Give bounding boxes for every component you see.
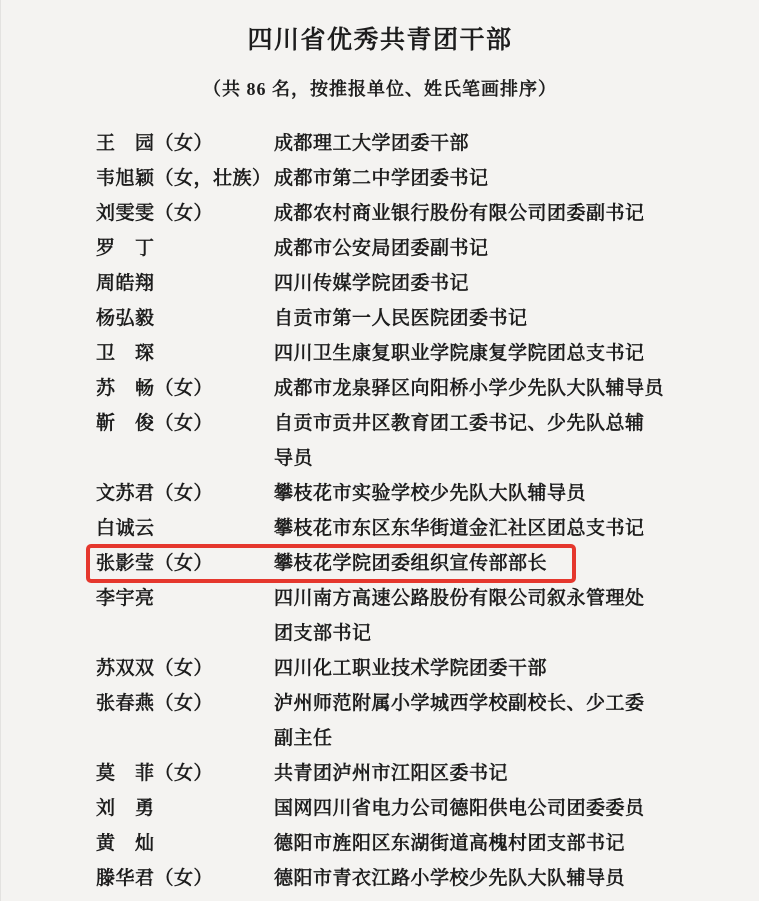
list-entry: 刘雯雯（女） 成都农村商业银行股份有限公司团委副书记 <box>96 196 709 231</box>
entry-position: 自贡市贡井区教育团工委书记、少先队总辅 导员 <box>274 406 684 476</box>
list-entry: 张春燕（女） 泸州师范附属小学城西学校副校长、少工委 副主任 <box>96 686 709 756</box>
list-entry: 刘 勇 国网四川省电力公司德阳供电公司团委委员 <box>96 791 709 826</box>
document-page: 四川省优秀共青团干部 （共 86 名，按推报单位、姓氏笔画排序） 王 园（女） … <box>0 0 759 901</box>
entry-position: 四川化工职业技术学院团委干部 <box>274 651 684 686</box>
entry-name: 文苏君（女） <box>96 476 274 511</box>
list-entry: 周皓翔 四川传媒学院团委书记 <box>96 266 709 301</box>
entry-name: 王 园（女） <box>96 126 274 161</box>
list-entry: 李宇亮 四川南方高速公路股份有限公司叙永管理处 团支部书记 <box>96 581 709 651</box>
document-subtitle: （共 86 名，按推报单位、姓氏笔画排序） <box>1 78 759 100</box>
entry-name: 黄 灿 <box>96 826 274 861</box>
list-entry: 卫 琛 四川卫生康复职业学院康复学院团总支书记 <box>96 336 709 371</box>
entry-position: 攀枝花市东区东华街道金汇社区团总支书记 <box>274 511 684 546</box>
entry-name: 滕华君（女） <box>96 861 274 896</box>
entry-name: 杨弘毅 <box>96 301 274 336</box>
entry-position: 泸州师范附属小学城西学校副校长、少工委 副主任 <box>274 686 684 756</box>
entry-name: 周皓翔 <box>96 266 274 301</box>
list-entry: 文苏君（女） 攀枝花市实验学校少先队大队辅导员 <box>96 476 709 511</box>
entry-position: 成都市公安局团委副书记 <box>274 231 684 266</box>
entry-name: 李宇亮 <box>96 581 274 651</box>
entry-position: 成都理工大学团委干部 <box>274 126 684 161</box>
entry-name: 白诚云 <box>96 511 274 546</box>
entry-position: 共青团泸州市江阳区委书记 <box>274 756 684 791</box>
entry-position: 成都市第二中学团委书记 <box>274 161 684 196</box>
entry-name: 罗 丁 <box>96 231 274 266</box>
list-entry: 罗 丁 成都市公安局团委副书记 <box>96 231 709 266</box>
entry-name: 刘 勇 <box>96 791 274 826</box>
entry-name: 张春燕（女） <box>96 686 274 756</box>
entry-position: 攀枝花市实验学校少先队大队辅导员 <box>274 476 684 511</box>
entry-name: 莫 菲（女） <box>96 756 274 791</box>
list-entry: 张影莹（女） 攀枝花学院团委组织宣传部部长 <box>96 546 709 581</box>
entry-position: 成都市龙泉驿区向阳桥小学少先队大队辅导员 <box>274 371 684 406</box>
list-entry: 黄 灿 德阳市旌阳区东湖街道高槐村团支部书记 <box>96 826 709 861</box>
list-entry: 苏双双（女） 四川化工职业技术学院团委干部 <box>96 651 709 686</box>
entry-position: 自贡市第一人民医院团委书记 <box>274 301 684 336</box>
list-entry: 滕华君（女） 德阳市青衣江路小学校少先队大队辅导员 <box>96 861 709 896</box>
list-entry: 白诚云 攀枝花市东区东华街道金汇社区团总支书记 <box>96 511 709 546</box>
entry-name: 卫 琛 <box>96 336 274 371</box>
entry-name: 苏双双（女） <box>96 651 274 686</box>
entry-position: 国网四川省电力公司德阳供电公司团委委员 <box>274 791 684 826</box>
list-entry: 莫 菲（女） 共青团泸州市江阳区委书记 <box>96 756 709 791</box>
award-list: 王 园（女） 成都理工大学团委干部 韦旭颖（女，壮族） 成都市第二中学团委书记 … <box>1 126 759 896</box>
entry-position: 攀枝花学院团委组织宣传部部长 <box>274 546 684 581</box>
entry-position: 四川南方高速公路股份有限公司叙永管理处 团支部书记 <box>274 581 684 651</box>
entry-name: 韦旭颖（女，壮族） <box>96 161 274 196</box>
entry-position: 成都农村商业银行股份有限公司团委副书记 <box>274 196 684 231</box>
entry-name: 张影莹（女） <box>96 546 274 581</box>
entry-name: 靳 俊（女） <box>96 406 274 476</box>
entry-position: 德阳市青衣江路小学校少先队大队辅导员 <box>274 861 684 896</box>
entry-position: 德阳市旌阳区东湖街道高槐村团支部书记 <box>274 826 684 861</box>
list-entry: 苏 畅（女） 成都市龙泉驿区向阳桥小学少先队大队辅导员 <box>96 371 709 406</box>
list-entry: 靳 俊（女） 自贡市贡井区教育团工委书记、少先队总辅 导员 <box>96 406 709 476</box>
entry-name: 刘雯雯（女） <box>96 196 274 231</box>
entry-name: 苏 畅（女） <box>96 371 274 406</box>
list-entry: 韦旭颖（女，壮族） 成都市第二中学团委书记 <box>96 161 709 196</box>
document-title: 四川省优秀共青团干部 <box>1 0 759 56</box>
list-entry: 杨弘毅 自贡市第一人民医院团委书记 <box>96 301 709 336</box>
list-entry: 王 园（女） 成都理工大学团委干部 <box>96 126 709 161</box>
entry-position: 四川传媒学院团委书记 <box>274 266 684 301</box>
entry-position: 四川卫生康复职业学院康复学院团总支书记 <box>274 336 684 371</box>
